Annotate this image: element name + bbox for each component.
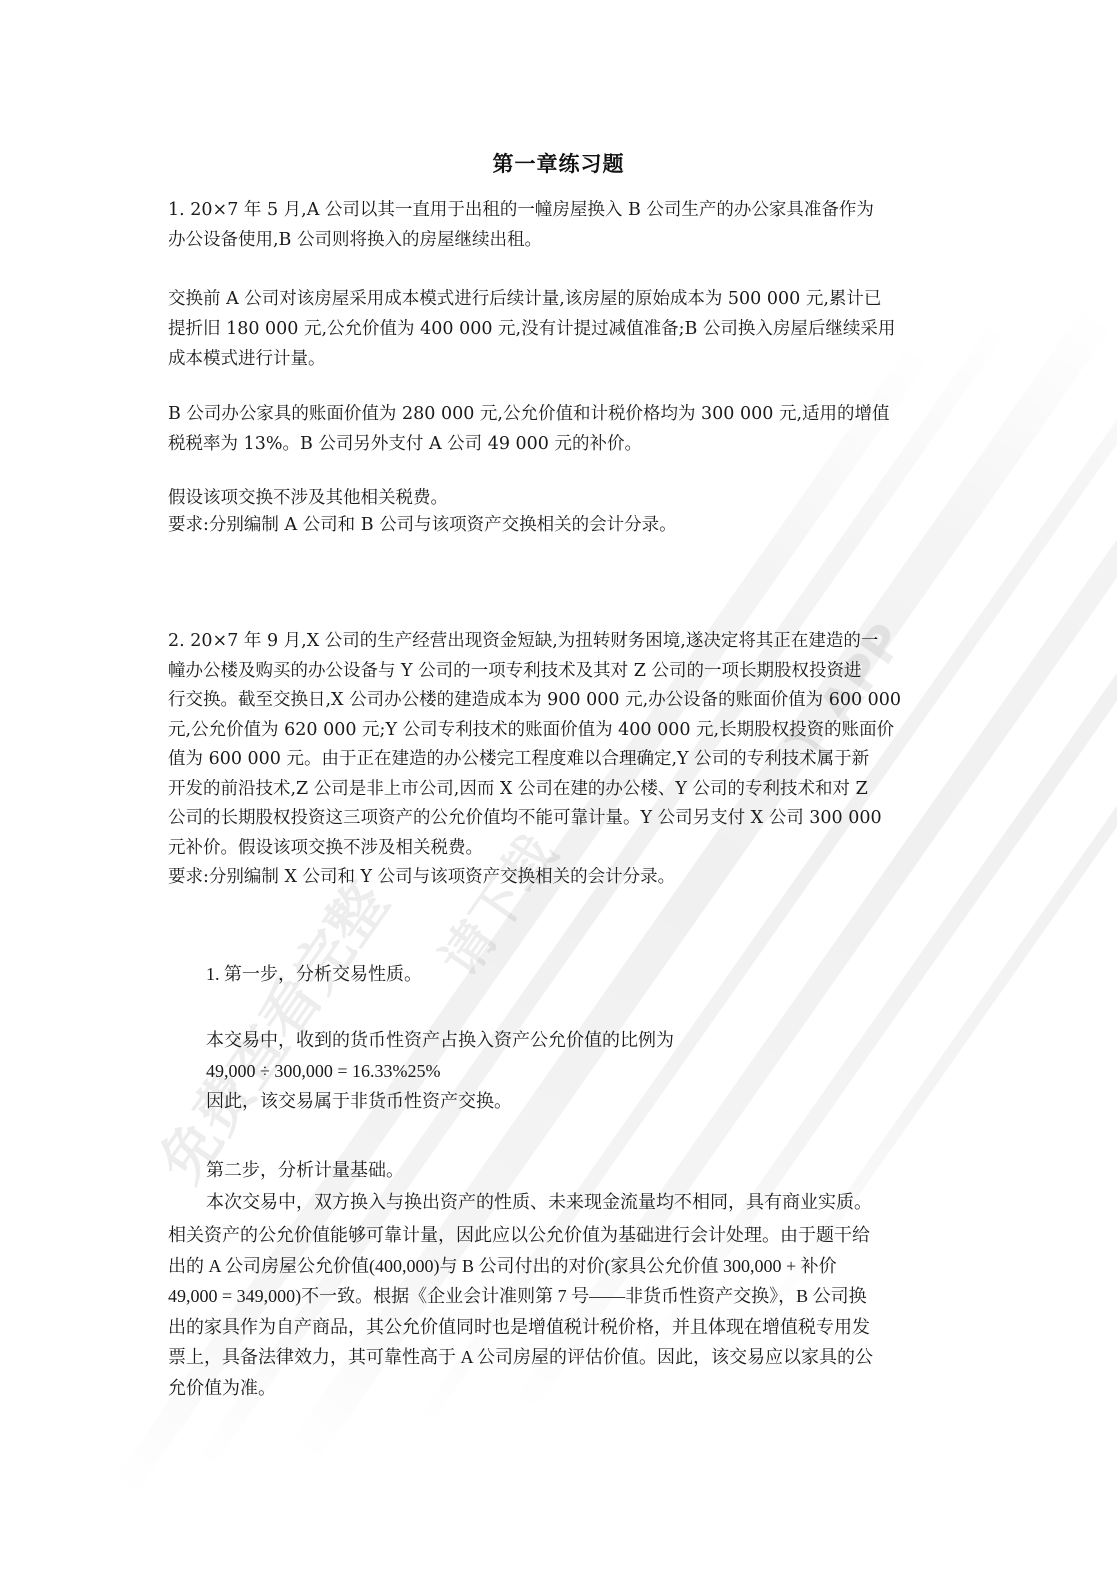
text-line: 出的家具作为自产商品，其公允价值同时也是增值税计税价格，并且体现在增值税专用发 — [168, 1312, 873, 1343]
question-1-house-details: 交换前 A 公司对该房屋采用成本模式进行后续计量,该房屋的原始成本为 500 0… — [168, 284, 948, 374]
text-line: 本次交易中，双方换入与换出资产的性质、未来现金流量均不相同，具有商业实质。 — [206, 1187, 872, 1218]
question-1-intro: 1. 20×7 年 5 月,A 公司以其一直用于出租的一幢房屋换入 B 公司生产… — [168, 195, 948, 255]
text-line: 49,000 ÷ 300,000 = 16.33%25% — [206, 1056, 674, 1087]
text-line: 票上，具备法律效力，其可靠性高于 A 公司房屋的评估价值。因此，该交易应以家具的… — [168, 1342, 873, 1373]
text-line: 要求:分别编制 A 公司和 B 公司与该项资产交换相关的会计分录。 — [168, 512, 948, 539]
question-1-furniture-details: B 公司办公家具的账面价值为 280 000 元,公允价值和计税价格均为 300… — [168, 399, 948, 459]
text-line: 第二步，分析计量基础。 — [206, 1155, 404, 1186]
text-line: 要求:分别编制 X 公司和 Y 公司与该项资产交换相关的会计分录。 — [168, 863, 948, 893]
text-line: 成本模式进行计量。 — [168, 344, 948, 374]
answer-step-2-first-line: 本次交易中，双方换入与换出资产的性质、未来现金流量均不相同，具有商业实质。 — [206, 1187, 872, 1218]
text-line: 假设该项交换不涉及其他相关税费。 — [168, 485, 948, 512]
text-line: 办公设备使用,B 公司则将换入的房屋继续出租。 — [168, 225, 948, 255]
text-line: 因此，该交易属于非货币性资产交换。 — [206, 1086, 674, 1117]
text-line: 1. 第一步，分析交易性质。 — [206, 959, 422, 990]
text-line: 本交易中，收到的货币性资产占换入资产公允价值的比例为 — [206, 1025, 674, 1056]
text-line: 税税率为 13%。B 公司另外支付 A 公司 49 000 元的补价。 — [168, 429, 948, 459]
text-line: 元补价。假设该项交换不涉及相关税费。 — [168, 834, 948, 864]
text-line: 1. 20×7 年 5 月,A 公司以其一直用于出租的一幢房屋换入 B 公司生产… — [168, 195, 948, 225]
text-line: 元,公允价值为 620 000 元;Y 公司专利技术的账面价值为 400 000… — [168, 716, 948, 746]
answer-step-1-body: 本交易中，收到的货币性资产占换入资产公允价值的比例为 49,000 ÷ 300,… — [206, 1025, 674, 1117]
text-line: 值为 600 000 元。由于正在建造的办公楼完工程度难以合理确定,Y 公司的专… — [168, 745, 948, 775]
text-line: 幢办公楼及购买的办公设备与 Y 公司的一项专利技术及其对 Z 公司的一项长期股权… — [168, 657, 948, 687]
text-line: B 公司办公家具的账面价值为 280 000 元,公允价值和计税价格均为 300… — [168, 399, 948, 429]
text-line: 交换前 A 公司对该房屋采用成本模式进行后续计量,该房屋的原始成本为 500 0… — [168, 284, 948, 314]
text-line: 行交换。截至交换日,X 公司办公楼的建造成本为 900 000 元,办公设备的账… — [168, 686, 948, 716]
text-line: 提折旧 180 000 元,公允价值为 400 000 元,没有计提过减值准备;… — [168, 314, 948, 344]
text-line: 49,000 = 349,000)不一致。根据《企业会计准则第 7 号——非货币… — [168, 1281, 873, 1312]
answer-step-1-heading: 1. 第一步，分析交易性质。 — [206, 959, 422, 990]
answer-step-2-body: 相关资产的公允价值能够可靠计量，因此应以公允价值为基础进行会计处理。由于题干给 … — [168, 1220, 873, 1403]
text-line: 允价值为准。 — [168, 1373, 873, 1404]
text-line: 出的 A 公司房屋公允价值(400,000)与 B 公司付出的对价(家具公允价值… — [168, 1251, 873, 1282]
text-line: 2. 20×7 年 9 月,X 公司的生产经营出现资金短缺,为扭转财务困境,遂决… — [168, 627, 948, 657]
question-1-requirements: 假设该项交换不涉及其他相关税费。 要求:分别编制 A 公司和 B 公司与该项资产… — [168, 485, 948, 539]
document-page: 免费查看完整 请下载 】APP 第一章练习题 1. 20×7 年 5 月,A 公… — [0, 0, 1117, 1579]
answer-step-2-heading: 第二步，分析计量基础。 — [206, 1155, 404, 1186]
text-line: 公司的长期股权投资这三项资产的公允价值均不能可靠计量。Y 公司另支付 X 公司 … — [168, 804, 948, 834]
page-title: 第一章练习题 — [0, 148, 1117, 178]
question-2: 2. 20×7 年 9 月,X 公司的生产经营出现资金短缺,为扭转财务困境,遂决… — [168, 627, 948, 893]
text-line: 相关资产的公允价值能够可靠计量，因此应以公允价值为基础进行会计处理。由于题干给 — [168, 1220, 873, 1251]
text-line: 开发的前沿技术,Z 公司是非上市公司,因而 X 公司在建的办公楼、Y 公司的专利… — [168, 775, 948, 805]
